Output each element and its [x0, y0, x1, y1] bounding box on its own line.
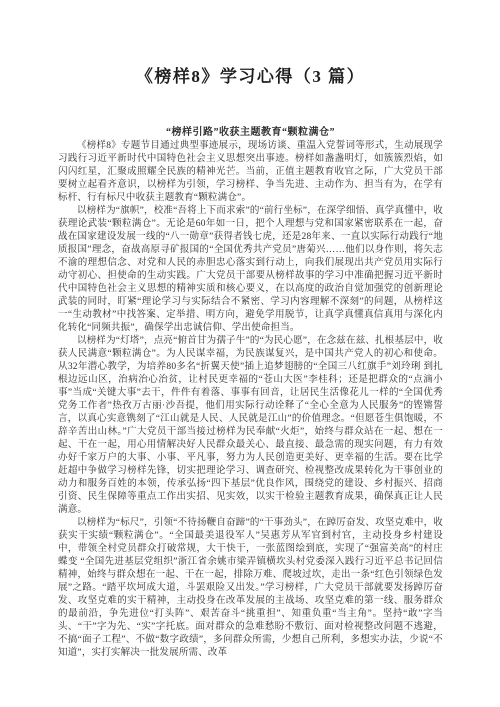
paragraph-ruler: 以榜样为“标尺”，引领“不待扬鞭自奋蹄”的“干事劲头”，在踔厉奋发、攻坚克难中，… [58, 517, 443, 660]
paragraph-lighthouse: 以榜样为“灯塔”，点亮“俯首甘为孺子牛”的“为民心愿”，在念兹在兹、扎根基层中，… [58, 335, 443, 517]
document-title: 《榜样8》学习心得（3 篇） [58, 66, 443, 88]
essay-subtitle: “榜样引路”收获主题教育“颗粒满仓” [58, 126, 443, 139]
document-page: 《榜样8》学习心得（3 篇） “榜样引路”收获主题教育“颗粒满仓” 《榜样8》专… [0, 0, 500, 707]
paragraph-intro: 《榜样8》专题节目通过典型事迹展示，现场访谈、重温入党誓词等形式，生动展现学习践… [58, 140, 443, 205]
paragraph-banner: 以榜样为“旗帜”，校准“吾将上下而求索”的“前行坐标”，在深学细悟、真学真懂中，… [58, 205, 443, 335]
